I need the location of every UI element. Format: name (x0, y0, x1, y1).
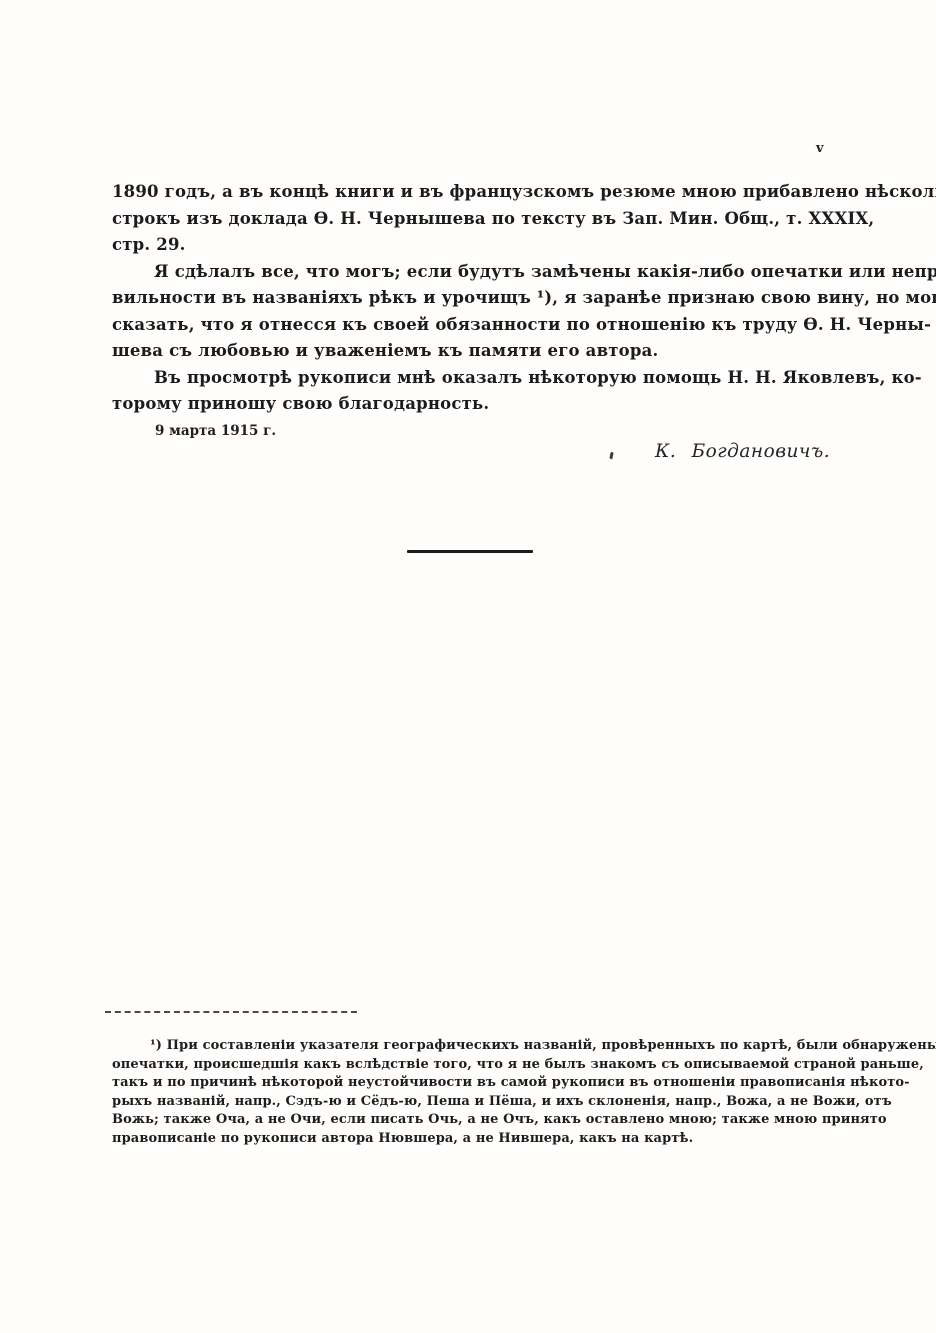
paragraph: Въ просмотрѣ рукописи мнѣ оказалъ нѣкото… (112, 365, 845, 418)
text-line: 1890 годъ, а въ концѣ книги и въ француз… (112, 179, 845, 206)
text-line: торому приношу свою благодарность. (112, 391, 845, 418)
text-line: Въ просмотрѣ рукописи мнѣ оказалъ нѣкото… (112, 365, 845, 392)
page-number: v (816, 141, 824, 156)
footnote-line: рыхъ названій, напр., Сэдъ-ю и Сёдъ-ю, П… (112, 1093, 845, 1112)
paragraph: Я сдѣлалъ все, что могъ; если будутъ зам… (112, 259, 845, 365)
footnote-line: правописаніе по рукописи автора Нювшера,… (112, 1130, 845, 1149)
footnote-line: опечатки, происшедшія какъ вслѣдствіе то… (112, 1056, 845, 1075)
text-line: Я сдѣлалъ все, что могъ; если будутъ зам… (112, 259, 845, 286)
text-line: шева съ любовью и уваженіемъ къ памяти е… (112, 338, 845, 365)
paragraph: 1890 годъ, а въ концѣ книги и въ француз… (112, 179, 845, 259)
footnote-block: ¹) При составленіи указателя географичес… (112, 1037, 845, 1149)
date-line: 9 марта 1915 г. (155, 421, 276, 441)
preface-body: 1890 годъ, а въ концѣ книги и въ француз… (112, 179, 845, 418)
scanned-book-page: v 1890 годъ, а въ концѣ книги и въ франц… (0, 0, 936, 1333)
section-divider-rule (407, 550, 533, 553)
text-line: строкъ изъ доклада Ѳ. Н. Чернышева по те… (112, 206, 845, 233)
footnote-separator-rule (105, 1011, 357, 1013)
author-signature: К. Богдановичъ. (655, 441, 830, 462)
text-line: сказать, что я отнесся къ своей обязанно… (112, 312, 845, 339)
footnote-line: ¹) При составленіи указателя географичес… (112, 1037, 845, 1056)
ink-speck (609, 452, 613, 459)
text-line: вильности въ названіяхъ рѣкъ и урочищъ ¹… (112, 285, 845, 312)
text-line: стр. 29. (112, 232, 845, 259)
footnote-line: Вожь; также Оча, а не Очи, если писать О… (112, 1111, 845, 1130)
footnote-line: такъ и по причинѣ нѣкоторой неустойчивос… (112, 1074, 845, 1093)
